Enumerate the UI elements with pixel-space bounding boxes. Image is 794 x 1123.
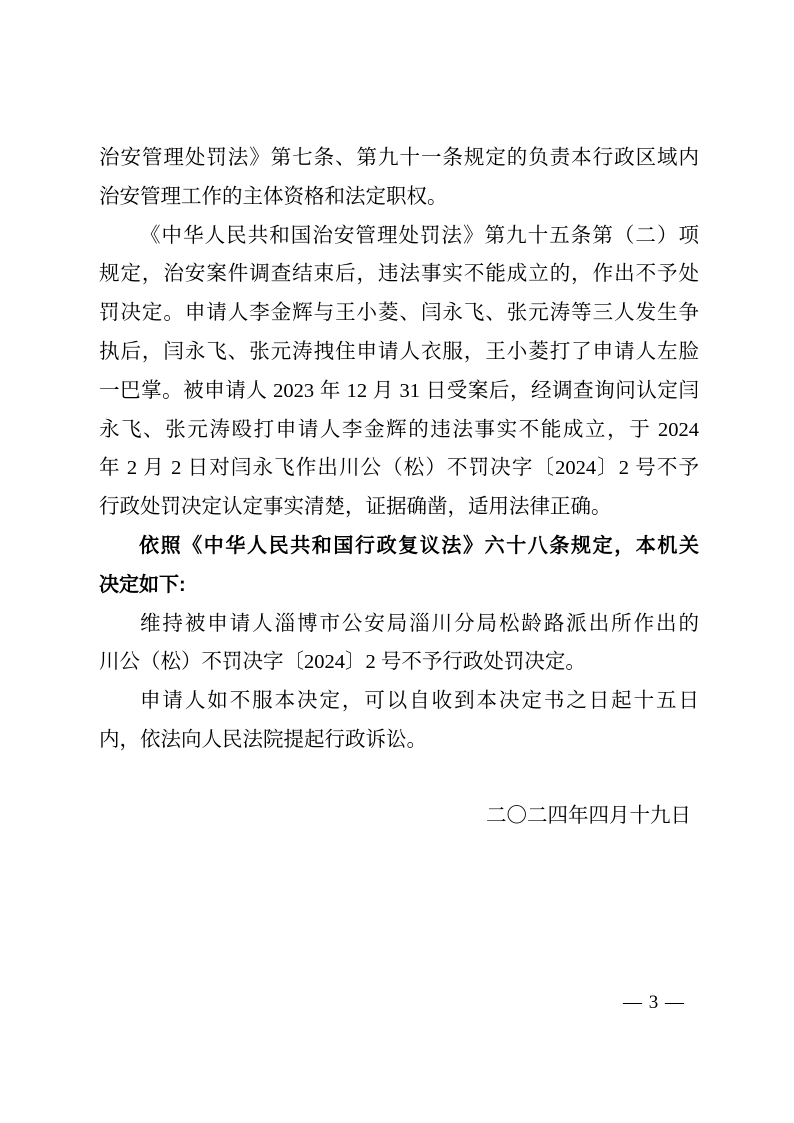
text-line: 决定如下:: [99, 566, 699, 605]
document-date: 二〇二四年四月十九日: [99, 797, 699, 836]
text-line: 治安管理工作的主体资格和法定职权。: [99, 178, 699, 217]
text-line: 《中华人民共和国治安管理处罚法》第九十五条第（二）项: [99, 217, 699, 256]
text-line: 内，依法向人民法院提起行政诉讼。: [99, 721, 699, 760]
text-line: 申请人如不服本决定，可以自收到本决定书之日起十五日: [99, 682, 699, 721]
text-line: 维持被申请人淄博市公安局淄川分局松龄路派出所作出的: [99, 605, 699, 644]
text-line: 年 2 月 2 日对闫永飞作出川公（松）不罚决字〔2024〕2 号不予: [99, 449, 699, 488]
text-line: 依照《中华人民共和国行政复议法》六十八条规定，本机关: [99, 527, 699, 566]
page-number: — 3 —: [99, 991, 699, 1015]
text-line: 执后，闫永飞、张元涛拽住申请人衣服，王小菱打了申请人左脸: [99, 333, 699, 372]
document-page: 治安管理处罚法》第七条、第九十一条规定的负责本行政区域内治安管理工作的主体资格和…: [0, 0, 794, 1123]
text-line: 川公（松）不罚决字〔2024〕2 号不予行政处罚决定。: [99, 643, 699, 682]
text-line: 规定，治安案件调查结束后，违法事实不能成立的，作出不予处: [99, 255, 699, 294]
text-line: 罚决定。申请人李金辉与王小菱、闫永飞、张元涛等三人发生争: [99, 294, 699, 333]
document-body: 治安管理处罚法》第七条、第九十一条规定的负责本行政区域内治安管理工作的主体资格和…: [99, 139, 699, 760]
text-line: 一巴掌。被申请人 2023 年 12 月 31 日受案后，经调查询问认定闫: [99, 372, 699, 411]
text-line: 行政处罚决定认定事实清楚，证据确凿，适用法律正确。: [99, 488, 699, 527]
text-line: 治安管理处罚法》第七条、第九十一条规定的负责本行政区域内: [99, 139, 699, 178]
text-line: 永飞、张元涛殴打申请人李金辉的违法事实不能成立，于 2024: [99, 411, 699, 450]
